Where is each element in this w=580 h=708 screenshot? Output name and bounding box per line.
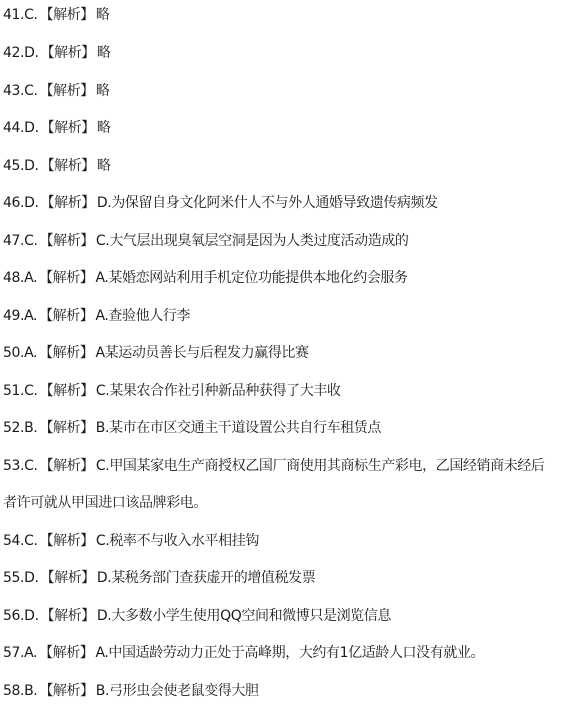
answer-number: 45.D. [3, 158, 39, 174]
answer-text: B.弓形虫会使老鼠变得大胆 [96, 683, 259, 699]
answer-line-52: 52.B.【解析】B.某市在市区交通主干道设置公共自行车租赁点 [3, 419, 381, 437]
answer-text: 略 [96, 7, 110, 23]
analysis-tag: 【解析】 [39, 645, 93, 661]
answer-number: 55.D. [3, 570, 39, 586]
answer-text: C.某果农合作社引种新品种获得了大丰收 [96, 383, 341, 399]
answer-text: 略 [96, 83, 110, 99]
answer-line-48: 48.A.【解析】A.某婚恋网站利用手机定位功能提供本地化约会服务 [3, 269, 408, 287]
answer-number: 47.C. [3, 233, 38, 249]
answer-text: 略 [97, 158, 111, 174]
answer-number: 42.D. [3, 45, 39, 61]
answer-number: 44.D. [3, 120, 39, 136]
answer-line-55: 55.D.【解析】D.某税务部门查获虚开的增值税发票 [3, 569, 315, 587]
answer-line-54: 54.C.【解析】C.税率不与收入水平相挂钩 [3, 532, 259, 550]
answer-line-42: 42.D.【解析】略 [3, 44, 111, 62]
analysis-tag: 【解析】 [40, 533, 94, 549]
answer-text-continuation: 者许可就从甲国进口该品牌彩电。 [3, 495, 207, 511]
answer-line-41: 41.C.【解析】略 [3, 6, 110, 24]
answer-line-53-continuation: 者许可就从甲国进口该品牌彩电。 [3, 494, 207, 512]
answer-number: 51.C. [3, 383, 38, 399]
answer-number: 49.A. [3, 308, 37, 324]
analysis-tag: 【解析】 [41, 45, 95, 61]
analysis-tag: 【解析】 [39, 345, 93, 361]
answer-text: A某运动员善长与后程发力赢得比赛 [95, 345, 308, 361]
analysis-tag: 【解析】 [41, 158, 95, 174]
answer-text: 略 [97, 45, 111, 61]
answer-text: C.税率不与收入水平相挂钩 [96, 533, 259, 549]
answer-line-46: 46.D.【解析】D.为保留自身文化阿米什人不与外人通婚导致遗传病频发 [3, 194, 438, 212]
answer-number: 46.D. [3, 195, 39, 211]
answer-number: 48.A. [3, 270, 37, 286]
answer-line-57: 57.A.【解析】A.中国适龄劳动力正处于高峰期，大约有1亿适龄人口没有就业。 [3, 644, 484, 662]
answer-line-58: 58.B.【解析】B.弓形虫会使老鼠变得大胆 [3, 682, 259, 700]
answer-text: D.大多数小学生使用QQ空间和微博只是浏览信息 [97, 608, 391, 624]
answer-line-47: 47.C.【解析】C.大气层出现臭氧层空洞是因为人类过度活动造成的 [3, 232, 409, 250]
answer-line-51: 51.C.【解析】C.某果农合作社引种新品种获得了大丰收 [3, 382, 341, 400]
answer-text: D.为保留自身文化阿米什人不与外人通婚导致遗传病频发 [97, 195, 438, 211]
analysis-tag: 【解析】 [39, 308, 93, 324]
answer-line-49: 49.A.【解析】A.查验他人行李 [3, 307, 190, 325]
answer-number: 58.B. [3, 683, 37, 699]
analysis-tag: 【解析】 [39, 420, 93, 436]
analysis-tag: 【解析】 [40, 83, 94, 99]
answer-number: 52.B. [3, 420, 37, 436]
analysis-tag: 【解析】 [41, 570, 95, 586]
analysis-tag: 【解析】 [41, 608, 95, 624]
answer-line-50: 50.A.【解析】A某运动员善长与后程发力赢得比赛 [3, 344, 309, 362]
answer-number: 53.C. [3, 458, 38, 474]
answer-number: 54.C. [3, 533, 38, 549]
answer-text: A.查验他人行李 [95, 308, 190, 324]
answer-number: 43.C. [3, 83, 38, 99]
analysis-tag: 【解析】 [40, 383, 94, 399]
analysis-tag: 【解析】 [39, 683, 93, 699]
answer-text: C.大气层出现臭氧层空洞是因为人类过度活动造成的 [96, 233, 409, 249]
answer-line-45: 45.D.【解析】略 [3, 157, 111, 175]
answer-line-56: 56.D.【解析】D.大多数小学生使用QQ空间和微博只是浏览信息 [3, 607, 391, 625]
answer-line-43: 43.C.【解析】略 [3, 82, 110, 100]
answer-number: 50.A. [3, 345, 37, 361]
answer-number: 41.C. [3, 7, 38, 23]
analysis-tag: 【解析】 [40, 7, 94, 23]
answer-text: B.某市在市区交通主干道设置公共自行车租赁点 [96, 420, 381, 436]
answer-text: D.某税务部门查获虚开的增值税发票 [97, 570, 315, 586]
answer-text: A.某婚恋网站利用手机定位功能提供本地化约会服务 [95, 270, 407, 286]
analysis-tag: 【解析】 [40, 233, 94, 249]
answer-text: 略 [97, 120, 111, 136]
answer-text: A.中国适龄劳动力正处于高峰期，大约有1亿适龄人口没有就业。 [95, 645, 484, 661]
analysis-tag: 【解析】 [41, 195, 95, 211]
answer-number: 57.A. [3, 645, 37, 661]
answer-line-44: 44.D.【解析】略 [3, 119, 111, 137]
answer-line-53: 53.C.【解析】C.甲国某家电生产商授权乙国厂商使用其商标生产彩电，乙国经销商… [3, 457, 545, 475]
answer-number: 56.D. [3, 608, 39, 624]
analysis-tag: 【解析】 [39, 270, 93, 286]
analysis-tag: 【解析】 [40, 458, 94, 474]
answer-text: C.甲国某家电生产商授权乙国厂商使用其商标生产彩电，乙国经销商未经后 [96, 458, 545, 474]
analysis-tag: 【解析】 [41, 120, 95, 136]
